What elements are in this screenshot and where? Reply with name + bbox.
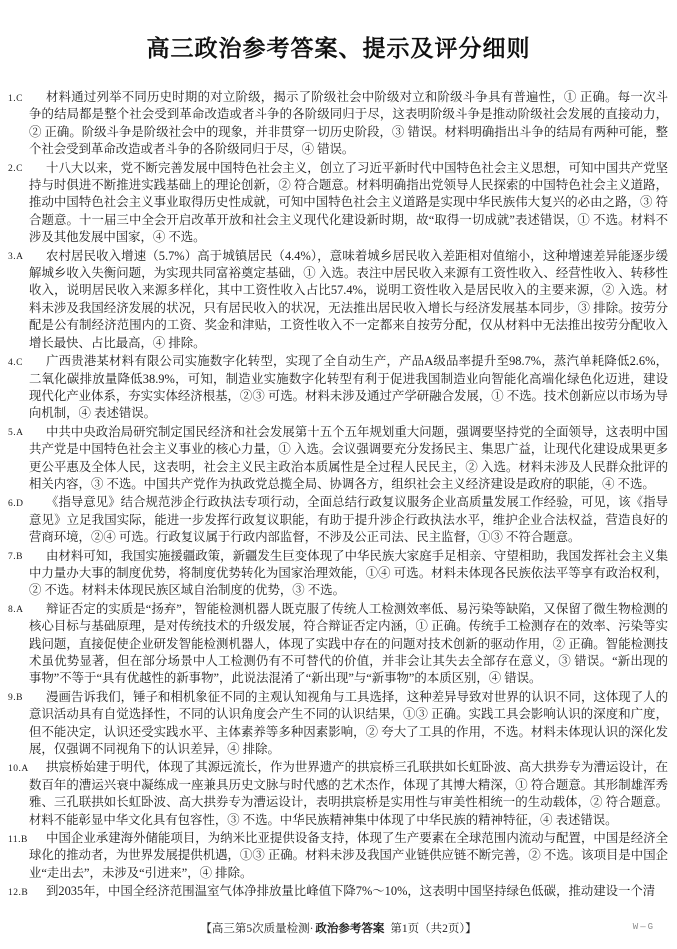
answer-item: 12.B 到2035年，中国全经济范围温室气体净排放量比峰值下降7%～10%，这…: [0, 883, 668, 900]
page-title: 高三政治参考答案、提示及评分细则: [0, 0, 677, 89]
answer-explanation: 辩证否定的实质是“扬弃”，智能检测机器人既克服了传统人工检测效率低、易污染等缺陷…: [29, 601, 668, 688]
answer-explanation: 广西贵港某材料有限公司实施数字化转型，实现了全自动生产，产品A级品率提升至98.…: [29, 353, 668, 423]
answer-explanation: 《指导意见》结合规范涉企行政执法专项行动，全面总结行政复议服务企业高质量发展工作…: [29, 494, 668, 546]
answer-explanation: 中国企业承建海外储能项目，为纳米比亚提供设备支持，体现了生产要素在全球范围内流动…: [29, 830, 668, 882]
footer-subject: 政治参考答案: [315, 923, 384, 935]
answer-explanation: 农村居民收入增速（5.7%）高于城镇居民（4.4%），意味着城乡居民收入差距相对…: [29, 248, 668, 352]
question-number-answer: 7.B: [8, 549, 23, 566]
answer-item: 6.D 《指导意见》结合规范涉企行政执法专项行动，全面总结行政复议服务企业高质量…: [0, 494, 668, 546]
question-number-answer: 6.D: [8, 496, 24, 513]
answer-explanation: 中共中央政治局研究制定国民经济和社会发展第十五个五年规划重大问题，强调要坚持党的…: [29, 424, 668, 494]
answer-sheet-page: 高三政治参考答案、提示及评分细则 1.C 材料通过列举不同历史时期的对立阶级，揭…: [0, 0, 677, 949]
footer-doc-code: W—G: [633, 922, 655, 932]
page-footer: 【高三第5次质量检测·政治参考答案第1页（共2页）】 W—G: [0, 920, 677, 936]
answer-list: 1.C 材料通过列举不同历史时期的对立阶级，揭示了阶级社会中阶级对立和阶级斗争具…: [0, 89, 677, 901]
question-number-answer: 5.A: [8, 425, 24, 442]
answer-item: 9.B 漫画告诉我们，锤子和相机象征不同的主观认知视角与工具选择，这种差异导致对…: [0, 689, 668, 759]
answer-explanation: 材料通过列举不同历史时期的对立阶级，揭示了阶级社会中阶级对立和阶级斗争具有普遍性…: [29, 89, 668, 159]
answer-explanation: 到2035年，中国全经济范围温室气体净排放量比峰值下降7%～10%，这表明中国坚…: [29, 883, 668, 900]
answer-item: 4.C 广西贵港某材料有限公司实施数字化转型，实现了全自动生产，产品A级品率提升…: [0, 353, 668, 423]
question-number-answer: 10.A: [8, 761, 29, 778]
question-number-answer: 8.A: [8, 602, 24, 619]
answer-item: 5.A 中共中央政治局研究制定国民经济和社会发展第十五个五年规划重大问题，强调要…: [0, 424, 668, 494]
answer-item: 8.A 辩证否定的实质是“扬弃”，智能检测机器人既克服了传统人工检测效率低、易污…: [0, 601, 668, 688]
question-number-answer: 2.C: [8, 161, 23, 178]
footer-exam-name: 【高三第5次质量检测·: [200, 923, 313, 935]
answer-explanation: 由材料可知，我国实施援疆政策，新疆发生巨变体现了中华民族大家庭手足相亲、守望相助…: [29, 548, 668, 600]
question-number-answer: 11.B: [8, 832, 28, 849]
question-number-answer: 12.B: [8, 885, 28, 902]
question-number-answer: 3.A: [8, 249, 24, 266]
footer-page-number: 第1页（共2页）】: [390, 923, 476, 935]
answer-explanation: 十八大以来，党不断完善发展中国特色社会主义，创立了习近平新时代中国特色社会主义思…: [29, 160, 668, 247]
question-number-answer: 4.C: [8, 355, 23, 372]
answer-item: 2.C 十八大以来，党不断完善发展中国特色社会主义，创立了习近平新时代中国特色社…: [0, 160, 668, 247]
answer-item: 1.C 材料通过列举不同历史时期的对立阶级，揭示了阶级社会中阶级对立和阶级斗争具…: [0, 89, 668, 159]
answer-explanation: 拱宸桥始建于明代，体现了其源远流长，作为世界遗产的拱宸桥三孔联拱如长虹卧波、高大…: [29, 759, 668, 829]
answer-item: 11.B 中国企业承建海外储能项目，为纳米比亚提供设备支持，体现了生产要素在全球…: [0, 830, 668, 882]
question-number-answer: 1.C: [8, 91, 23, 108]
answer-item: 10.A 拱宸桥始建于明代，体现了其源远流长，作为世界遗产的拱宸桥三孔联拱如长虹…: [0, 759, 668, 829]
answer-item: 3.A 农村居民收入增速（5.7%）高于城镇居民（4.4%），意味着城乡居民收入…: [0, 248, 668, 352]
question-number-answer: 9.B: [8, 690, 23, 707]
answer-explanation: 漫画告诉我们，锤子和相机象征不同的主观认知视角与工具选择，这种差异导致对世界的认…: [29, 689, 668, 759]
answer-item: 7.B 由材料可知，我国实施援疆政策，新疆发生巨变体现了中华民族大家庭手足相亲、…: [0, 548, 668, 600]
